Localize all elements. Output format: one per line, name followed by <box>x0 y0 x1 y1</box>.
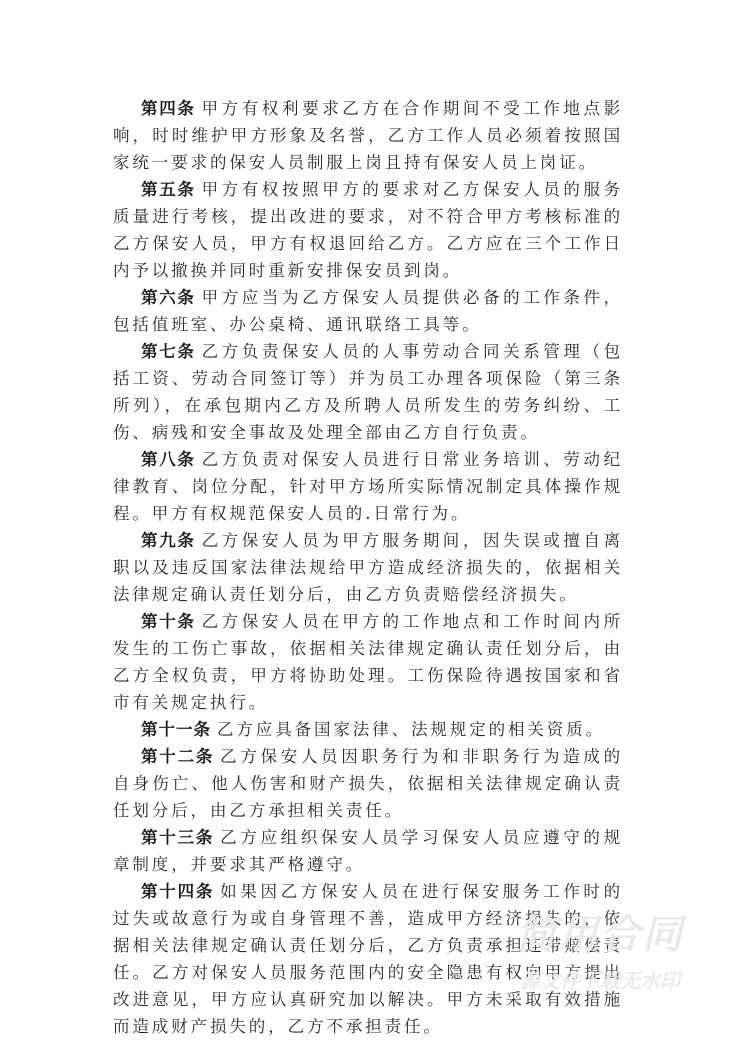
clause-title: 第六条 <box>141 288 196 307</box>
clause-4: 第四条甲方有权利要求乙方在合作期间不受工作地点影响，时时维护甲方形象及名誉，乙方… <box>113 95 623 176</box>
clause-title: 第十一条 <box>141 720 211 739</box>
clause-11: 第十一条乙方应具备国家法律、法规规定的相关资质。 <box>113 716 623 743</box>
clause-5: 第五条甲方有权按照甲方的要求对乙方保安人员的服务质量进行考核，提出改进的要求，对… <box>113 176 623 284</box>
clause-title: 第十条 <box>141 612 196 631</box>
clause-10: 第十条乙方保安人员在甲方的工作地点和工作时间内所发生的工伤亡事故，依据相关法律规… <box>113 608 623 716</box>
clause-13: 第十三条乙方应组织保安人员学习保安人员应遵守的规章制度，并要求其严格遵守。 <box>113 824 623 878</box>
clause-body: 如果因乙方保安人员在进行保安服务工作时的过失或故意行为或自身管理不善，造成甲方经… <box>113 882 623 1036</box>
clause-body: 乙方应具备国家法律、法规规定的相关资质。 <box>217 720 605 739</box>
clause-title: 第五条 <box>141 180 196 199</box>
clause-6: 第六条甲方应当为乙方保安人员提供必备的工作条件，包括值班室、办公桌椅、通讯联络工… <box>113 284 623 338</box>
clause-7: 第七条乙方负责保安人员的人事劳动合同关系管理（包括工资、劳动合同签订等）并为员工… <box>113 338 623 446</box>
clause-title: 第七条 <box>141 342 196 361</box>
clause-title: 第四条 <box>141 99 196 118</box>
document-page: 第四条甲方有权利要求乙方在合作期间不受工作地点影响，时时维护甲方形象及名誉，乙方… <box>113 95 623 1040</box>
clause-title: 第九条 <box>141 531 196 550</box>
clause-9: 第九条乙方保安人员为甲方服务期间，因失误或擅自离职以及违反国家法律法规给甲方造成… <box>113 527 623 608</box>
clause-14: 第十四条如果因乙方保安人员在进行保安服务工作时的过失或故意行为或自身管理不善，造… <box>113 878 623 1040</box>
clause-8: 第八条乙方负责对保安人员进行日常业务培训、劳动纪律教育、岗位分配，针对甲方场所实… <box>113 446 623 527</box>
clause-title: 第八条 <box>141 450 196 469</box>
clause-title: 第十四条 <box>141 882 214 901</box>
clause-12: 第十二条乙方保安人员因职务行为和非职务行为造成的自身伤亡、他人伤害和财产损失，依… <box>113 743 623 824</box>
clause-title: 第十三条 <box>141 828 214 847</box>
clause-title: 第十二条 <box>141 747 214 766</box>
